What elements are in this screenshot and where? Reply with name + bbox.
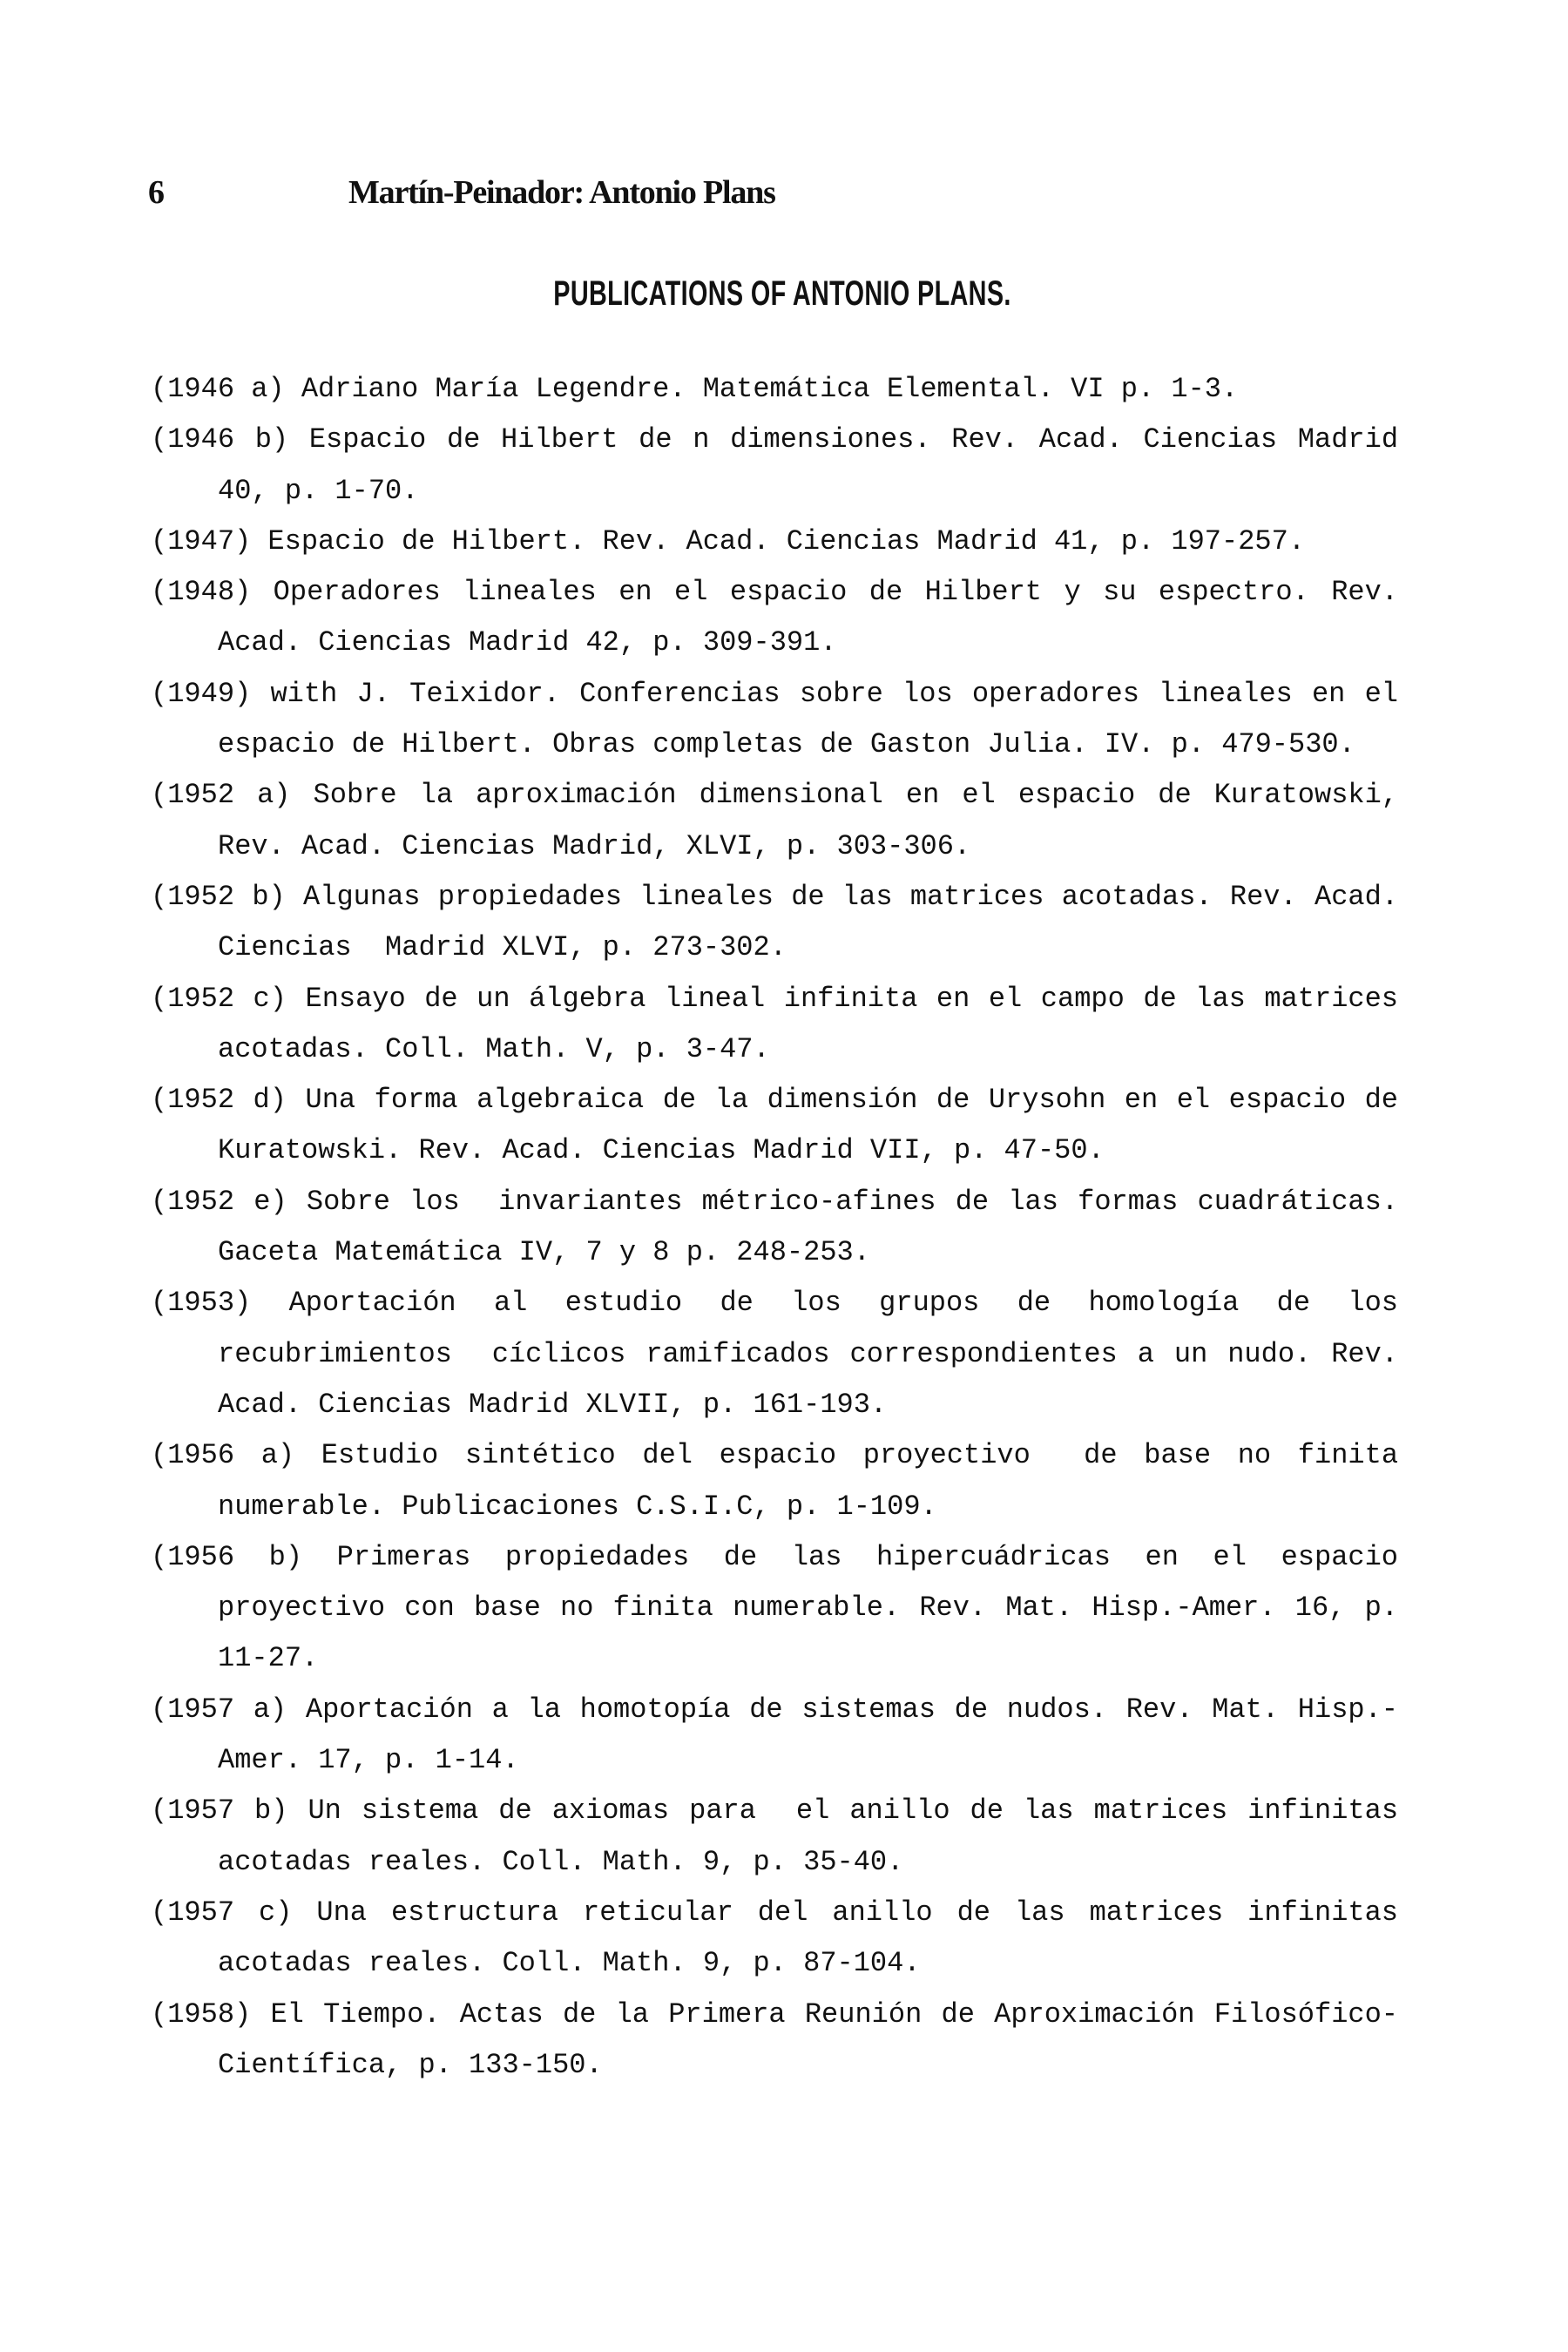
publication-text: Sobre la aproximación dimensional en el … bbox=[218, 779, 1415, 862]
publication-text: Sobre los invariantes métrico-afines de … bbox=[218, 1186, 1415, 1268]
publication-text: Ensayo de un álgebra lineal infinita en … bbox=[218, 983, 1415, 1065]
publication-entry: (1957 c) Una estructura reticular del an… bbox=[151, 1888, 1398, 1990]
publication-text: Operadores lineales en el espacio de Hil… bbox=[218, 576, 1415, 659]
publication-entry: (1957 a) Aportación a la homotopía de si… bbox=[151, 1685, 1398, 1787]
publication-text: Aportación a la homotopía de sistemas de… bbox=[218, 1693, 1398, 1776]
publication-text: Espacio de Hilbert de n dimensiones. Rev… bbox=[218, 423, 1415, 506]
publication-year-label: (1952 d) bbox=[151, 1084, 287, 1116]
publication-year-label: (1956 b) bbox=[151, 1541, 302, 1573]
publication-year-label: (1957 c) bbox=[151, 1896, 292, 1929]
publication-list: (1946 a) Adriano María Legendre. Matemát… bbox=[151, 364, 1398, 2091]
section-title: PUBLICATIONS OF ANTONIO PLANS. bbox=[218, 272, 1347, 315]
publication-text: with J. Teixidor. Conferencias sobre los… bbox=[218, 678, 1415, 760]
publication-year-label: (1958) bbox=[151, 1998, 251, 2031]
publication-year-label: (1948) bbox=[151, 576, 251, 608]
publication-entry: (1946 b) Espacio de Hilbert de n dimensi… bbox=[151, 415, 1398, 517]
publication-entry: (1952 a) Sobre la aproximación dimension… bbox=[151, 770, 1398, 872]
publication-text: Aportación al estudio de los grupos de h… bbox=[218, 1287, 1415, 1421]
publication-entry: (1946 a) Adriano María Legendre. Matemát… bbox=[151, 364, 1398, 415]
publication-year-label: (1947) bbox=[151, 525, 251, 558]
publication-year-label: (1949) bbox=[151, 678, 251, 710]
publication-year-label: (1957 a) bbox=[151, 1693, 287, 1726]
publication-entry: (1952 b) Algunas propiedades lineales de… bbox=[151, 872, 1398, 974]
publication-year-label: (1946 b) bbox=[151, 423, 288, 456]
publication-text: Algunas propiedades lineales de las matr… bbox=[218, 881, 1415, 963]
publication-year-label: (1953) bbox=[151, 1287, 251, 1319]
publication-entry: (1956 b) Primeras propiedades de las hip… bbox=[151, 1532, 1398, 1685]
publication-entry: (1949) with J. Teixidor. Conferencias so… bbox=[151, 669, 1398, 771]
publication-year-label: (1952 b) bbox=[151, 881, 286, 913]
publication-entry: (1956 a) Estudio sintético del espacio p… bbox=[151, 1430, 1398, 1532]
publication-year-label: (1957 b) bbox=[151, 1794, 287, 1827]
publication-entry: (1952 d) Una forma algebraica de la dime… bbox=[151, 1075, 1398, 1177]
page-number: 6 bbox=[148, 171, 164, 214]
publication-entry: (1958) El Tiempo. Actas de la Primera Re… bbox=[151, 1990, 1398, 2092]
running-title: Martín-Peinador: Antonio Plans bbox=[348, 171, 775, 214]
publication-text: Adriano María Legendre. Matemática Eleme… bbox=[301, 373, 1238, 405]
publication-year-label: (1952 c) bbox=[151, 983, 287, 1015]
publication-entry: (1952 e) Sobre los invariantes métrico-a… bbox=[151, 1177, 1398, 1279]
publication-text: Una forma algebraica de la dimensión de … bbox=[218, 1084, 1415, 1166]
publication-year-label: (1952 e) bbox=[151, 1186, 287, 1218]
page-header: 6 Martín-Peinador: Antonio Plans bbox=[148, 171, 1402, 214]
publication-text: El Tiempo. Actas de la Primera Reunión d… bbox=[218, 1998, 1398, 2081]
publication-entry: (1947) Espacio de Hilbert. Rev. Acad. Ci… bbox=[151, 517, 1398, 567]
publication-year-label: (1952 a) bbox=[151, 779, 290, 811]
publication-entry: (1948) Operadores lineales en el espacio… bbox=[151, 567, 1398, 669]
publication-text: Espacio de Hilbert. Rev. Acad. Ciencias … bbox=[267, 525, 1305, 558]
publication-text: Primeras propiedades de las hipercuádric… bbox=[218, 1541, 1415, 1675]
publication-entry: (1952 c) Ensayo de un álgebra lineal inf… bbox=[151, 974, 1398, 1076]
publication-text: Estudio sintético del espacio proyectivo… bbox=[218, 1439, 1415, 1522]
publication-text: Un sistema de axiomas para el anillo de … bbox=[218, 1794, 1415, 1877]
publication-text: Una estructura reticular del anillo de l… bbox=[218, 1896, 1415, 1979]
publication-year-label: (1946 a) bbox=[151, 373, 285, 405]
publication-entry: (1953) Aportación al estudio de los grup… bbox=[151, 1278, 1398, 1430]
publication-entry: (1957 b) Un sistema de axiomas para el a… bbox=[151, 1786, 1398, 1888]
publication-year-label: (1956 a) bbox=[151, 1439, 294, 1471]
